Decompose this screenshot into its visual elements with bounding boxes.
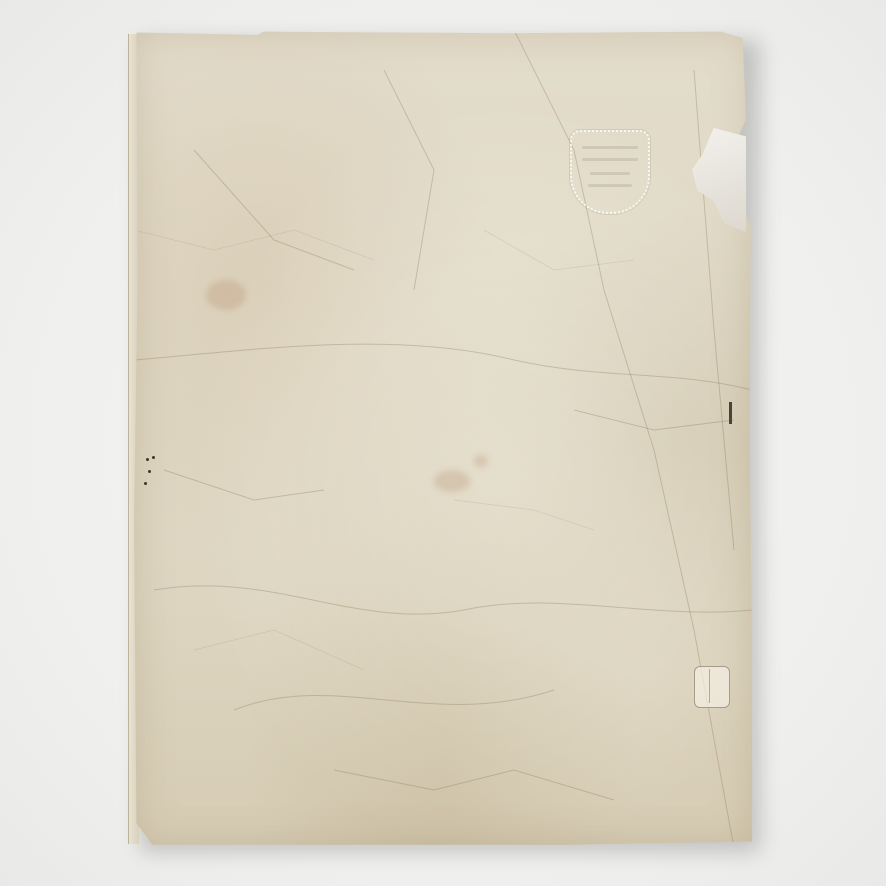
aged-paper-sheet (134, 30, 752, 848)
embossed-stamp (570, 130, 650, 214)
stain (206, 280, 246, 310)
stamp-illegible-line (582, 146, 638, 149)
ink-spot (152, 456, 155, 459)
stamp-illegible-line (590, 172, 630, 175)
staple-mark (729, 402, 732, 424)
stamp-illegible-line (582, 158, 638, 161)
ink-spot (148, 470, 151, 473)
ink-spot (144, 482, 147, 485)
stain (434, 470, 470, 492)
stain (474, 455, 488, 467)
stamp-illegible-line (588, 184, 632, 187)
paper-creases (134, 30, 752, 848)
photo-scene (0, 0, 886, 886)
ink-spot (146, 458, 149, 461)
staple-patch (694, 666, 730, 708)
